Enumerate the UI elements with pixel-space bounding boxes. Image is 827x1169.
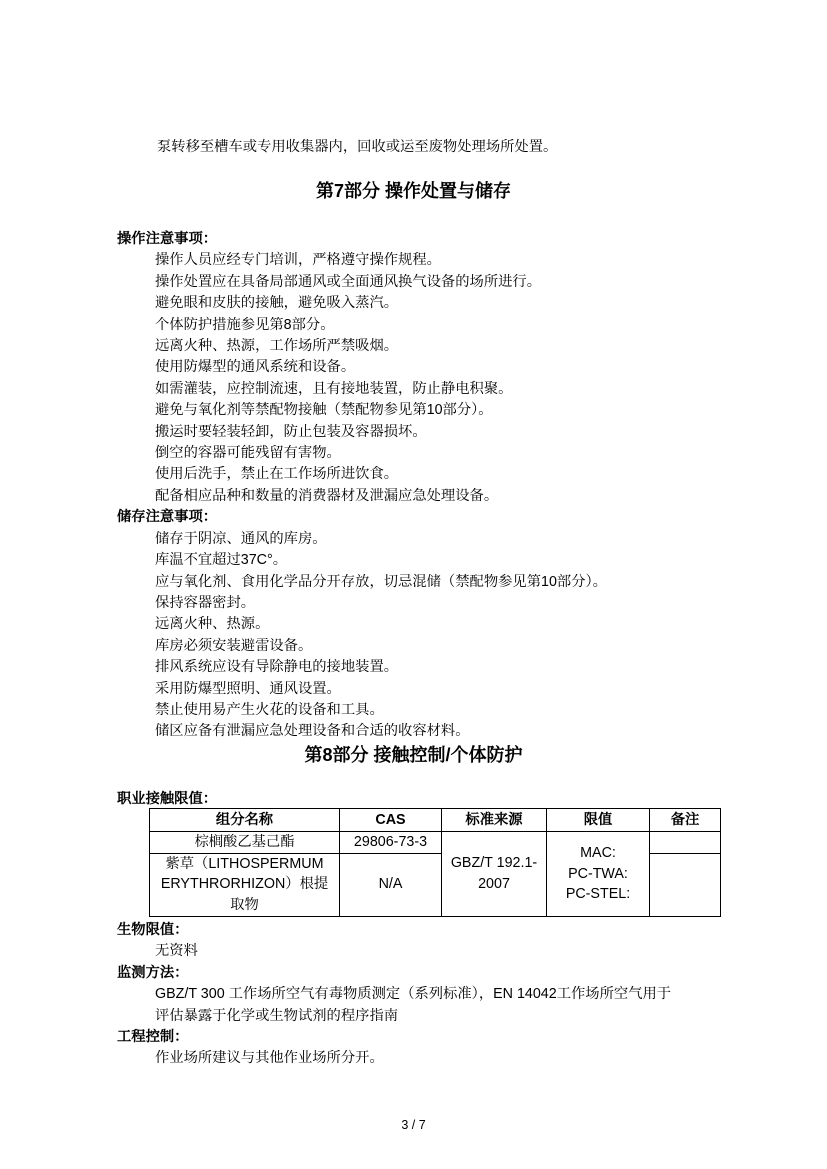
table-header-source: 标准来源 xyxy=(442,809,547,832)
monitoring-line: 评估暴露于化学或生物试剂的程序指南 xyxy=(155,1006,671,1027)
storage-label: 储存注意事项： xyxy=(117,507,607,528)
cell-remark xyxy=(650,853,721,916)
engineering-control-label: 工程控制： xyxy=(117,1027,671,1048)
handling-item: 搬运时要轻装轻卸，防止包装及容器损坏。 xyxy=(155,422,607,443)
table-header-limit: 限值 xyxy=(547,809,650,832)
storage-item: 储存于阴凉、通风的库房。 xyxy=(155,529,607,550)
cell-component-name: 紫草（LITHOSPERMUM ERYTHRORHIZON）根提取物 xyxy=(150,853,340,916)
table-header-row: 组分名称 CAS 标准来源 限值 备注 xyxy=(150,809,721,832)
handling-item: 使用后洗手，禁止在工作场所进饮食。 xyxy=(155,464,607,485)
handling-item: 远离火种、热源，工作场所严禁吸烟。 xyxy=(155,336,607,357)
handling-item: 配备相应品种和数量的消费器材及泄漏应急处理设备。 xyxy=(155,486,607,507)
storage-item: 禁止使用易产生火花的设备和工具。 xyxy=(155,700,607,721)
engineering-control-line: 作业场所建议与其他作业场所分开。 xyxy=(155,1048,671,1069)
monitoring-line: GBZ/T 300 工作场所空气有毒物质测定（系列标准），EN 14042工作场… xyxy=(155,984,671,1005)
cell-cas: N/A xyxy=(340,853,442,916)
storage-item: 采用防爆型照明、通风设置。 xyxy=(155,679,607,700)
handling-item: 如需灌装，应控制流速，且有接地装置，防止静电积聚。 xyxy=(155,379,607,400)
section8-body: 生物限值： 无资料 监测方法： GBZ/T 300 工作场所空气有毒物质测定（系… xyxy=(0,920,671,1070)
section8-heading: 第8部分 接触控制/个体防护 xyxy=(0,743,827,767)
cell-limit: MAC: PC-TWA: PC-STEL: xyxy=(547,832,650,917)
table-header-component: 组分名称 xyxy=(150,809,340,832)
cell-standard-source: GBZ/T 192.1-2007 xyxy=(442,832,547,917)
oel-table: 组分名称 CAS 标准来源 限值 备注 棕榈酸乙基己酯 29806-73-3 G… xyxy=(149,808,721,917)
handling-item: 个体防护措施参见第8部分。 xyxy=(155,315,607,336)
table-header-remark: 备注 xyxy=(650,809,721,832)
handling-label: 操作注意事项： xyxy=(117,229,607,250)
section7-heading: 第7部分 操作处置与储存 xyxy=(0,179,827,203)
handling-item: 操作人员应经专门培训，严格遵守操作规程。 xyxy=(155,250,607,271)
handling-item: 操作处置应在具备局部通风或全面通风换气设备的场所进行。 xyxy=(155,272,607,293)
continuation-paragraph: 泵转移至槽车或专用收集器内，回收或运至废物处理场所处置。 xyxy=(157,137,557,158)
limit-line: PC-STEL: xyxy=(551,884,645,905)
storage-item: 保持容器密封。 xyxy=(155,593,607,614)
storage-item: 库房必须安装避雷设备。 xyxy=(155,636,607,657)
storage-item: 库温不宜超过37C°。 xyxy=(155,550,607,571)
limit-line: MAC: xyxy=(551,843,645,864)
standard-source-text: GBZ/T 192.1-2007 xyxy=(448,853,540,894)
bio-limit-label: 生物限值： xyxy=(117,920,671,941)
handling-item: 使用防爆型的通风系统和设备。 xyxy=(155,357,607,378)
storage-item: 应与氧化剂、食用化学品分开存放，切忌混储（禁配物参见第10部分）。 xyxy=(155,572,607,593)
cell-cas: 29806-73-3 xyxy=(340,832,442,854)
page-number: 3 / 7 xyxy=(0,1117,827,1133)
section7-body: 操作注意事项： 操作人员应经专门培训，严格遵守操作规程。 操作处置应在具备局部通… xyxy=(0,229,607,743)
cell-remark xyxy=(650,832,721,854)
bio-limit-value: 无资料 xyxy=(155,941,671,962)
monitoring-label: 监测方法： xyxy=(117,963,671,984)
table-row: 棕榈酸乙基己酯 29806-73-3 GBZ/T 192.1-2007 MAC:… xyxy=(150,832,721,854)
component-name-text: 紫草（LITHOSPERMUM ERYTHRORHIZON）根提取物 xyxy=(154,854,335,916)
storage-item: 排风系统应设有导除静电的接地装置。 xyxy=(155,657,607,678)
handling-item: 避免与氧化剂等禁配物接触（禁配物参见第10部分）。 xyxy=(155,400,607,421)
handling-item: 倒空的容器可能残留有害物。 xyxy=(155,443,607,464)
storage-item: 远离火种、热源。 xyxy=(155,614,607,635)
handling-item: 避免眼和皮肤的接触，避免吸入蒸汽。 xyxy=(155,293,607,314)
cell-component-name: 棕榈酸乙基己酯 xyxy=(150,832,340,854)
storage-item: 储区应备有泄漏应急处理设备和合适的收容材料。 xyxy=(155,721,607,742)
table-header-cas: CAS xyxy=(340,809,442,832)
limit-line: PC-TWA: xyxy=(551,864,645,885)
document-page: 泵转移至槽车或专用收集器内，回收或运至废物处理场所处置。 第7部分 操作处置与储… xyxy=(0,0,827,1169)
